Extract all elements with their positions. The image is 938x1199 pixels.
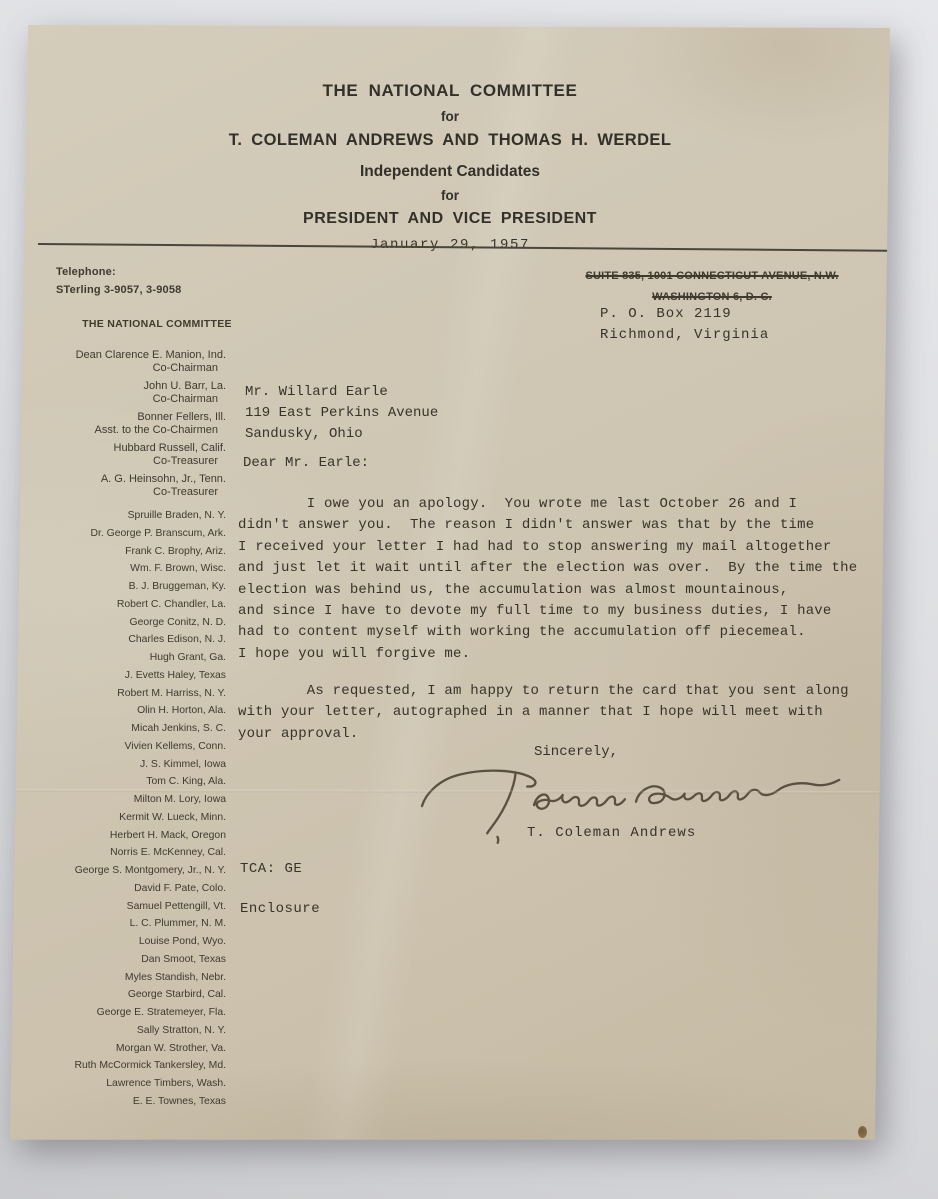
officer-role: Co-Treasurer [36,486,226,499]
committee-officer: Bonner Fellers, Ill. Asst. to the Co-Cha… [36,411,226,437]
letterhead-line2: for [150,109,750,124]
committee-member: Kermit W. Lueck, Minn. [36,809,226,827]
letterhead: THE NATIONAL COMMITTEE for T. COLEMAN AN… [150,81,750,253]
committee-officer: A. G. Heinsohn, Jr., Tenn. Co-Treasurer [36,473,226,499]
telephone-numbers: STerling 3-9057, 3-9058 [56,281,181,299]
committee-member: Sally Stratton, N. Y. [36,1022,226,1040]
committee-member: George E. Stratemeyer, Fla. [36,1004,226,1022]
letterhead-line4: Independent Candidates [150,163,750,181]
committee-member: Morgan W. Strother, Va. [36,1040,226,1058]
committee-member: Wm. F. Brown, Wisc. [36,560,226,578]
officer-role: Co-Treasurer [36,455,226,468]
committee-member: Louise Pond, Wyo. [36,933,226,951]
committee-member: Frank C. Brophy, Ariz. [36,543,226,561]
officer-name: Hubbard Russell, Calif. [36,442,226,455]
committee-officer: Hubbard Russell, Calif. Co-Treasurer [36,442,226,468]
committee-member: J. Evetts Haley, Texas [36,667,226,685]
committee-member: Dan Smoot, Texas [36,951,226,969]
committee-member: Ruth McCormick Tankersley, Md. [36,1057,226,1075]
committee-officer: Dean Clarence E. Manion, Ind. Co-Chairma… [36,349,226,375]
committee-member: E. E. Townes, Texas [36,1093,226,1111]
committee-member: Myles Standish, Nebr. [36,969,226,987]
telephone-label: Telephone: [56,263,181,281]
officer-role: Co-Chairman [36,393,226,406]
paper-surface: THE NATIONAL COMMITTEE for T. COLEMAN AN… [10,24,890,1142]
letterhead-line6: PRESIDENT AND VICE PRESIDENT [150,210,750,228]
committee-member-list: Spruille Braden, N. Y.Dr. George P. Bran… [36,507,226,1111]
letterhead-line3: T. COLEMAN ANDREWS AND THOMAS H. WERDEL [150,131,750,150]
committee-member: Dr. George P. Branscum, Ark. [36,525,226,543]
typed-return-address: P. O. Box 2119 Richmond, Virginia [600,304,769,346]
committee-officer-list: Dean Clarence E. Manion, Ind. Co-Chairma… [36,349,226,504]
committee-member: Spruille Braden, N. Y. [36,507,226,525]
committee-officer: John U. Barr, La. Co-Chairman [36,380,226,406]
telephone-block: Telephone: STerling 3-9057, 3-9058 [56,263,181,299]
committee-member: B. J. Bruggeman, Ky. [36,578,226,596]
return-address-line1: P. O. Box 2119 [600,304,769,325]
officer-name: Dean Clarence E. Manion, Ind. [36,349,226,362]
struck-address-line1: SUITE 835, 1001 CONNECTICUT AVENUE, N.W. [447,270,938,282]
salutation: Dear Mr. Earle: [243,455,369,471]
officer-name: Bonner Fellers, Ill. [36,411,226,424]
committee-member: Samuel Pettengill, Vt. [36,898,226,916]
officer-name: John U. Barr, La. [36,380,226,393]
typed-signature-name: T. Coleman Andrews [527,825,696,841]
committee-member: Robert M. Harriss, N. Y. [36,685,226,703]
typist-reference: TCA: GE [240,861,302,877]
officer-role: Co-Chairman [36,362,226,375]
committee-member: Herbert H. Mack, Oregon [36,827,226,845]
letterhead-line1: THE NATIONAL COMMITTEE [150,81,750,101]
struck-address-line2: WASHINGTON 6, D. C. [447,291,938,303]
committee-roster-title: THE NATIONAL COMMITTEE [74,318,240,330]
committee-member: George Starbird, Cal. [36,986,226,1004]
committee-member: J. S. Kimmel, Iowa [36,756,226,774]
committee-member: Micah Jenkins, S. C. [36,720,226,738]
committee-member: David F. Pate, Colo. [36,880,226,898]
committee-member: Norris E. McKenney, Cal. [36,844,226,862]
committee-member: Robert C. Chandler, La. [36,596,226,614]
return-address-line2: Richmond, Virginia [600,325,769,346]
letterhead-line5: for [150,188,750,203]
committee-member: Hugh Grant, Ga. [36,649,226,667]
officer-role: Asst. to the Co-Chairmen [36,424,226,437]
committee-member: Tom C. King, Ala. [36,773,226,791]
committee-member: Charles Edison, N. J. [36,631,226,649]
committee-member: Milton M. Lory, Iowa [36,791,226,809]
committee-member: Lawrence Timbers, Wash. [36,1075,226,1093]
committee-member: George Conitz, N. D. [36,614,226,632]
paper-stain-spot [858,1126,867,1138]
enclosure-note: Enclosure [240,901,320,917]
committee-member: George S. Montgomery, Jr., N. Y. [36,862,226,880]
recipient-address: Mr. Willard Earle 119 East Perkins Avenu… [245,382,438,445]
body-paragraph-2: As requested, I am happy to return the c… [238,681,849,745]
officer-name: A. G. Heinsohn, Jr., Tenn. [36,473,226,486]
scanned-letter-page: THE NATIONAL COMMITTEE for T. COLEMAN AN… [0,0,938,1199]
paper-sheet: THE NATIONAL COMMITTEE for T. COLEMAN AN… [10,24,890,1142]
committee-member: Vivien Kellems, Conn. [36,738,226,756]
committee-member: Olin H. Horton, Ala. [36,702,226,720]
body-paragraph-1: I owe you an apology. You wrote me last … [238,494,857,665]
committee-member: L. C. Plummer, N. M. [36,915,226,933]
